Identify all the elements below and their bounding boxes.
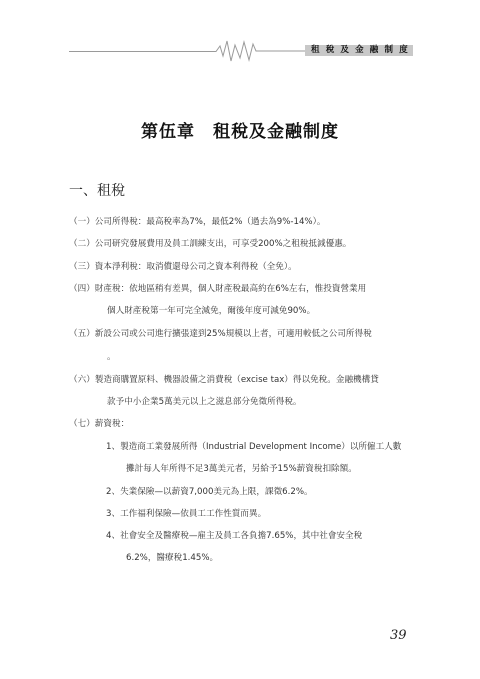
subitem-text: 社會安全及醫療稅—雇主及員工各負擔7.65%，其中社會安全稅 (120, 531, 362, 541)
section-heading: 一、租稅 (69, 180, 125, 200)
subitem-continuation: 攤計每人年所得不足3萬美元者，另給予15%薪資稅扣除額。 (126, 463, 357, 475)
subitem-marker: 1、 (106, 442, 120, 452)
item-marker: （二） (69, 239, 95, 249)
subitem-text: 製造商工業發展所得（Industrial Development Income）… (120, 442, 401, 452)
item-marker: （五） (69, 329, 95, 339)
chapter-title: 第伍章 租稅及金融制度 (0, 117, 480, 142)
running-title: 租稅及金融制度 (305, 45, 413, 56)
item-text: 公司研究發展費用及員工訓練支出，可享受200%之租稅抵減優惠。 (95, 239, 352, 249)
item-continuation: 款予中小企業5萬美元以上之滋息部分免徵所得稅。 (107, 396, 302, 408)
list-item: （四）財產稅：依地區稍有差異，個人財產稅最高約在6%左右，惟投資營業用 (69, 283, 366, 295)
running-header: 租稅及金融制度 (0, 0, 480, 80)
list-item: （六）製造商購置原料、機器設備之消費稅（excise tax）得以免稅。金融機構… (69, 374, 379, 386)
item-marker: （三） (69, 262, 95, 272)
item-continuation: 個人財產稅第一年可完全減免，爾後年度可減免90%。 (107, 305, 315, 317)
item-text: 新設公司或公司進行擴張達到25%規模以上者，可適用較低之公司所得稅 (95, 329, 372, 339)
list-item: （七）薪資稅： (69, 418, 129, 430)
list-item: （二）公司研究發展費用及員工訓練支出，可享受200%之租稅抵減優惠。 (69, 238, 351, 250)
subitem-marker: 4、 (106, 531, 120, 541)
item-text: 薪資稅： (95, 419, 129, 429)
item-marker: （四） (69, 284, 95, 294)
subitem-text: 失業保險—以薪資7,000美元為上限，課徵6.2%。 (120, 487, 313, 497)
item-text: 資本淨利稅：取消償還母公司之資本利得稅（全免）。 (95, 262, 297, 272)
item-marker: （六） (69, 375, 95, 385)
page-number: 39 (390, 628, 407, 643)
list-item: （一）公司所得稅：最高稅率為7%，最低2%（過去為9%-14%）。 (69, 216, 325, 228)
header-zigzag-line (0, 0, 480, 80)
sub-list-item: 3、工作福利保險—依員工工作性質而異。 (106, 508, 266, 520)
subitem-marker: 3、 (106, 509, 120, 519)
subitem-continuation: 6.2%，醫療稅1.45%。 (126, 552, 218, 564)
list-item: （五）新設公司或公司進行擴張達到25%規模以上者，可適用較低之公司所得稅 (69, 328, 372, 340)
item-marker: （一） (69, 217, 95, 227)
subitem-text: 工作福利保險—依員工工作性質而異。 (120, 509, 266, 519)
item-text: 財產稅：依地區稍有差異，個人財產稅最高約在6%左右，惟投資營業用 (95, 284, 366, 294)
item-text: 製造商購置原料、機器設備之消費稅（excise tax）得以免稅。金融機構貸 (95, 375, 379, 385)
subitem-marker: 2、 (106, 487, 120, 497)
item-continuation: 。 (107, 351, 116, 363)
sub-list-item: 4、社會安全及醫療稅—雇主及員工各負擔7.65%，其中社會安全稅 (106, 530, 362, 542)
item-marker: （七） (69, 419, 95, 429)
sub-list-item: 2、失業保險—以薪資7,000美元為上限，課徵6.2%。 (106, 486, 313, 498)
item-text: 公司所得稅：最高稅率為7%，最低2%（過去為9%-14%）。 (95, 217, 326, 227)
list-item: （三）資本淨利稅：取消償還母公司之資本利得稅（全免）。 (69, 261, 297, 273)
sub-list-item: 1、製造商工業發展所得（Industrial Development Incom… (106, 441, 401, 453)
